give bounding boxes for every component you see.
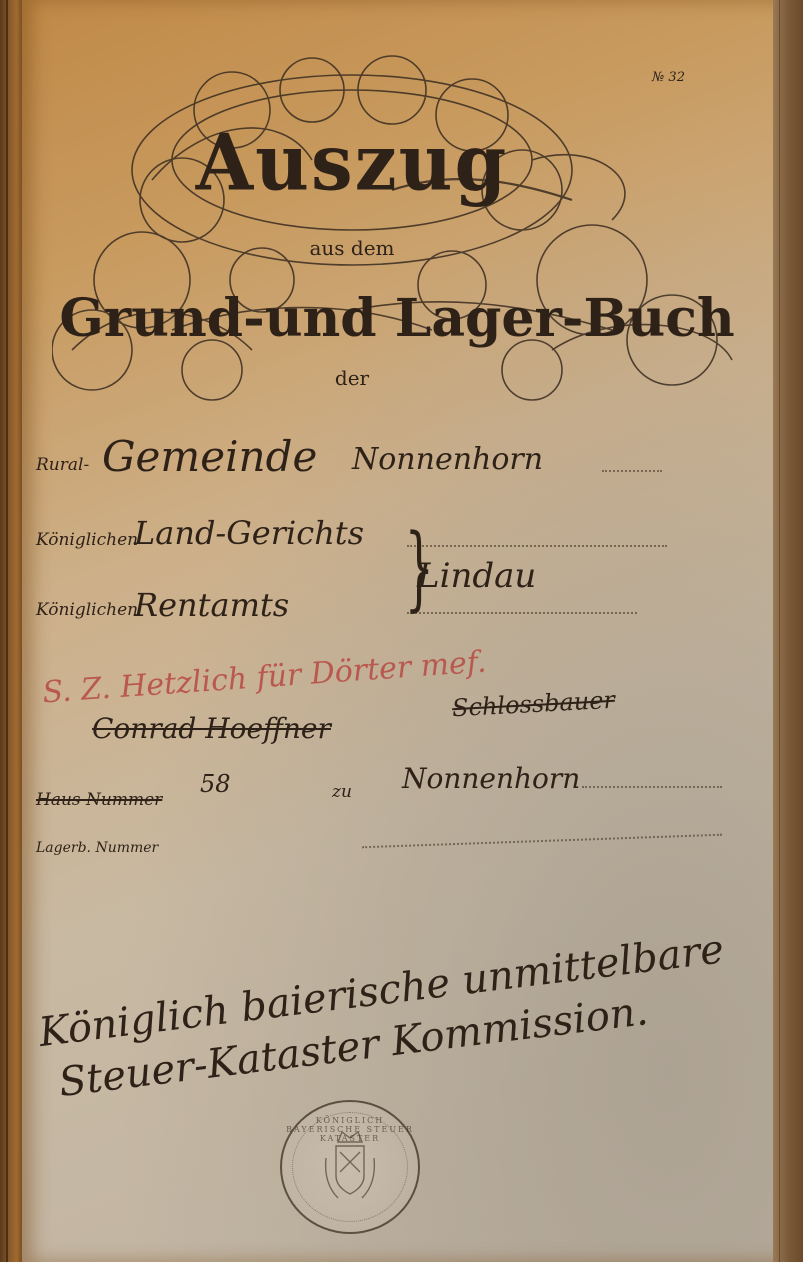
- label-koeniglichen-1: Königlichen: [36, 530, 138, 550]
- gemeinde-value: Nonnenhorn: [352, 442, 543, 477]
- district-value-lindau: Lindau: [417, 556, 536, 596]
- label-zu: zu: [332, 782, 352, 802]
- owner-name-struck: Conrad Hoeffner: [92, 712, 331, 745]
- dotted-line: [407, 612, 637, 614]
- owner-title-struck: Schlossbauer: [451, 686, 615, 722]
- title-der: der: [302, 366, 402, 390]
- dotted-line: [407, 545, 667, 547]
- title-grund-und-lager-buch: Grund-und Lager-Buch: [52, 288, 742, 349]
- official-seal: KÖNIGLICH BAYERISCHE STEUER KATASTER: [280, 1100, 420, 1234]
- coat-of-arms-icon: [320, 1128, 380, 1206]
- haus-nummer-value: 58: [200, 770, 231, 798]
- book-binding: [0, 0, 24, 1262]
- label-rural: Rural-: [36, 455, 89, 475]
- label-gemeinde: Gemeinde: [102, 432, 317, 481]
- page-right-edge: [773, 0, 803, 1262]
- label-land-gerichts: Land-Gerichts: [134, 514, 364, 552]
- label-koeniglichen-2: Königlichen: [36, 600, 138, 620]
- calligraphic-flourish-icon: [52, 50, 752, 410]
- label-haus-nummer: Haus Nummer: [36, 790, 162, 810]
- label-rentamts: Rentamts: [134, 586, 289, 624]
- red-ink-annotation: S. Z. Hetzlich für Dörter mef.: [41, 645, 487, 711]
- title-aus-dem: aus dem: [272, 236, 432, 260]
- dotted-line: [602, 470, 662, 472]
- place-value-nonnenhorn: Nonnenhorn: [402, 762, 580, 795]
- title-auszug: Auszug: [172, 118, 532, 208]
- label-lagerbuch-nummer: Lagerb. Nummer: [36, 840, 158, 856]
- document-page: № 32 Auszug aus dem Grund-und Lager-Buch…: [22, 0, 782, 1262]
- dotted-line: [582, 786, 722, 788]
- dotted-line: [362, 834, 722, 849]
